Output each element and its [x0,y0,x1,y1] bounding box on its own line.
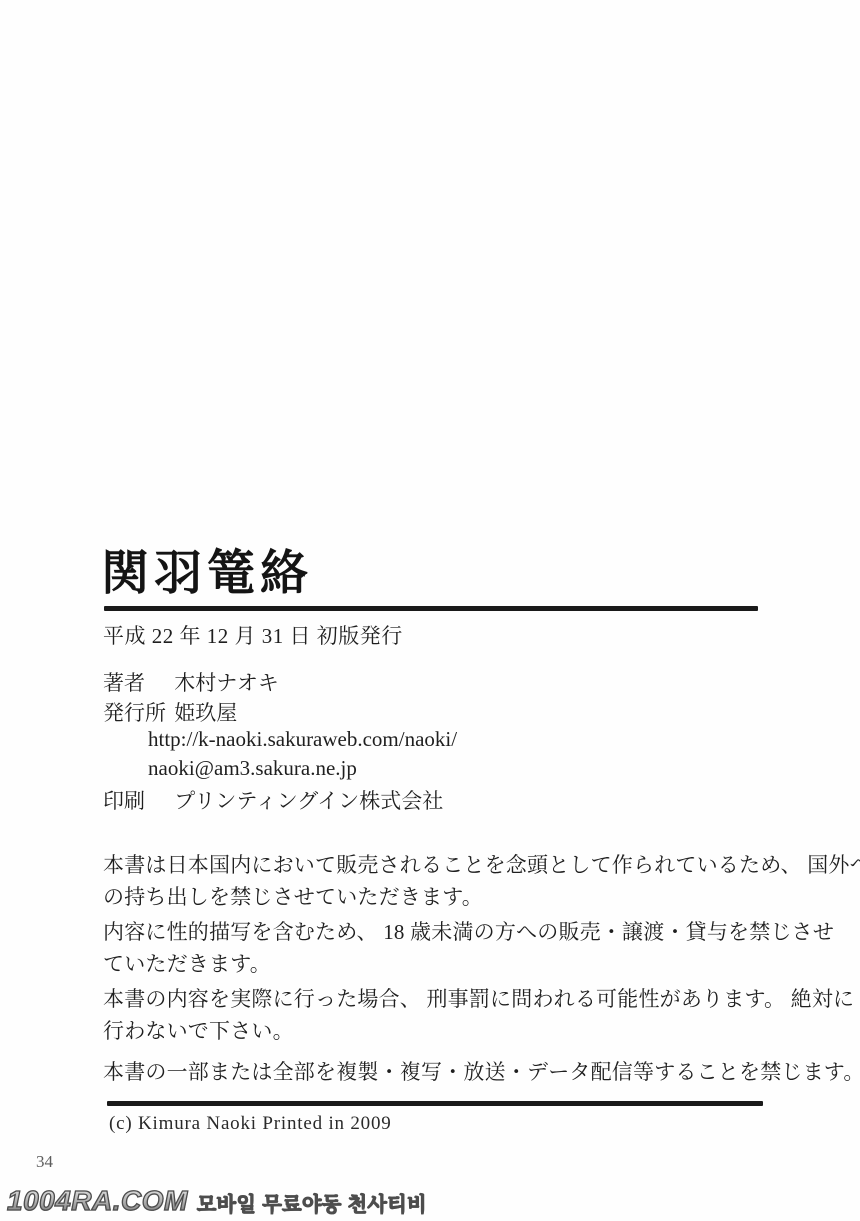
notice-paragraph-4-line-1: 本書の一部または全部を複製・複写・放送・データ配信等することを禁じます。 [103,1056,793,1088]
book-title: 関羽篭絡 [101,534,313,603]
author-label: 著者 [103,667,169,697]
email-address: naoki@am3.sakura.ne.jp [148,756,357,780]
edition-date: 平成 22 年 12 月 31 日 初版発行 [103,620,403,650]
watermark: 1004RA.COM 모바일 무료야동 천사티비 [7,1185,427,1217]
notice-paragraph-1-line-1: 本書は日本国内において販売されることを念頭として作られているため、 国外へ [103,849,793,881]
notice-paragraph-3-line-2: 行わないで下さい。 [103,1015,793,1047]
printer-label: 印刷 [103,785,169,815]
website-url: http://k-naoki.sakuraweb.com/naoki/ [148,727,457,751]
copyright-line: (c) Kimura Naoki Printed in 2009 [109,1113,392,1135]
top-divider [104,606,758,611]
notice-paragraph-1-line-2: の持ち出しを禁じさせていただきます。 [103,881,793,913]
notice-paragraph-2-line-2: ていただきます。 [103,948,793,980]
publisher-value: 姫玖屋 [174,701,237,725]
printer-value: プリンティングイン株式会社 [174,789,443,813]
website-line: http://k-naoki.sakuraweb.com/naoki/ [148,727,457,752]
watermark-tagline: 모바일 무료야동 천사티비 [197,1185,427,1217]
scanned-page: 関羽篭絡 平成 22 年 12 月 31 日 初版発行 著者 木村ナオキ 発行所… [0,0,860,1221]
author-line: 著者 木村ナオキ [103,667,279,697]
watermark-site-url: 1004RA.COM [7,1185,188,1217]
printer-line: 印刷 プリンティングイン株式会社 [103,785,443,815]
page-number: 34 [36,1152,53,1172]
notice-paragraph-2-line-1: 内容に性的描写を含むため、 18 歳未満の方への販売・譲渡・貸与を禁じさせ [103,916,793,948]
author-value: 木村ナオキ [174,671,279,695]
bottom-divider [107,1101,763,1106]
publisher-label: 発行所 [103,697,169,727]
notice-paragraph-3-line-1: 本書の内容を実際に行った場合、 刑事罰に問われる可能性があります。 絶対に [103,983,793,1015]
email-line: naoki@am3.sakura.ne.jp [148,756,357,781]
publisher-line: 発行所 姫玖屋 [103,697,237,727]
